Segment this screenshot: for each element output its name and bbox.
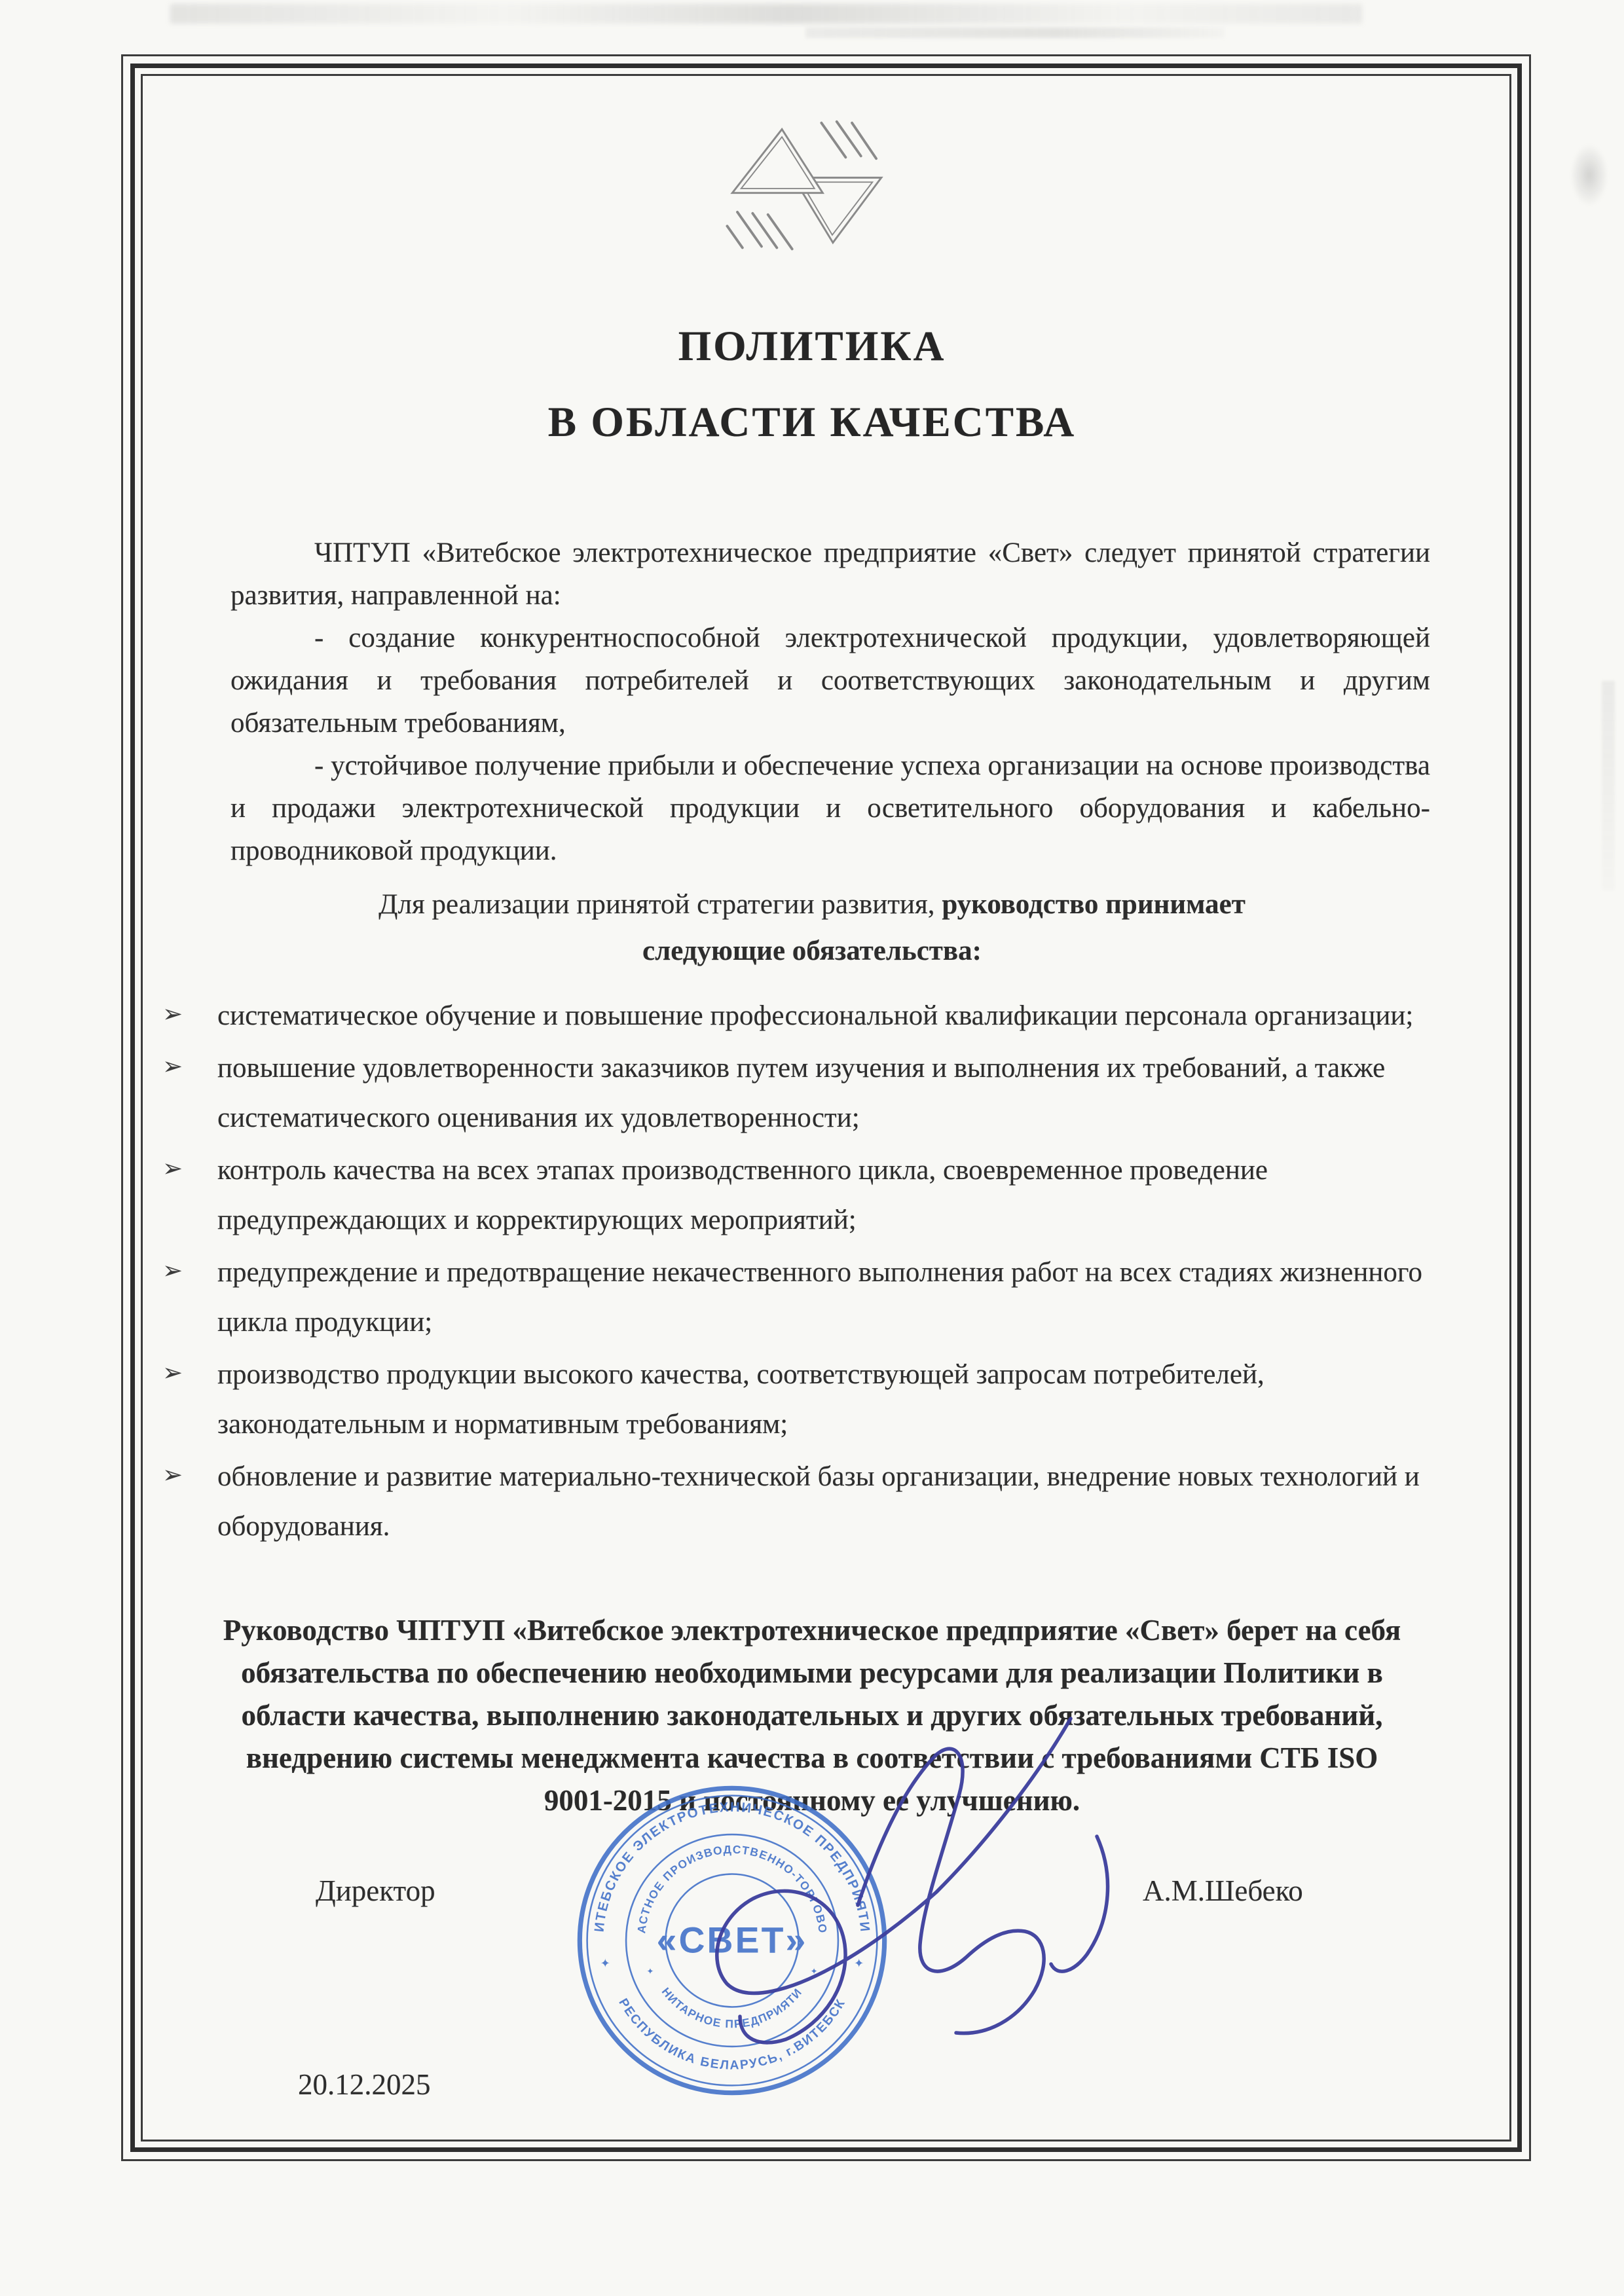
commitment-item: ➢ систематическое обучение и повышение п… (161, 991, 1438, 1041)
director-signature-ink (642, 1702, 1179, 2082)
commitment-item: ➢ производство продукции высокого качест… (161, 1350, 1438, 1449)
intro-paragraph-2: - создание конкурентноспособной электрот… (231, 617, 1430, 744)
commitment-text: предупреждение и предотвращение некачест… (217, 1257, 1422, 1338)
bullet-arrow-icon: ➢ (162, 1348, 183, 1398)
signing-date: 20.12.2025 (298, 2068, 431, 2102)
scan-artifact (1570, 144, 1608, 206)
commitment-text: обновление и развитие материально-технич… (217, 1461, 1420, 1542)
company-logo-icon (724, 117, 891, 257)
commitment-item: ➢ предупреждение и предотвращение некаче… (161, 1248, 1438, 1347)
bullet-arrow-icon: ➢ (162, 1450, 183, 1500)
commitment-item: ➢ контроль качества на всех этапах произ… (161, 1146, 1438, 1245)
intro-paragraph-3: - устойчивое получение прибыли и обеспеч… (231, 744, 1430, 872)
commitment-item: ➢ повышение удовлетворенности заказчиков… (161, 1044, 1438, 1143)
bullet-arrow-icon: ➢ (162, 1042, 183, 1091)
commitment-text: повышение удовлетворенности заказчиков п… (217, 1053, 1385, 1133)
bullet-arrow-icon: ➢ (162, 1246, 183, 1296)
lead-normal-text: Для реализации принятой стратегии развит… (378, 889, 942, 920)
scan-artifact (805, 27, 1225, 38)
bullet-arrow-icon: ➢ (162, 989, 183, 1039)
scan-artifact (1602, 681, 1615, 890)
commitment-text: контроль качества на всех этапах произво… (217, 1155, 1268, 1235)
commitments-list: ➢ систематическое обучение и повышение п… (161, 991, 1438, 1554)
scan-artifact (170, 4, 1362, 24)
commitment-text: производство продукции высокого качества… (217, 1359, 1264, 1440)
stamp-diamond-icon: ✦ (600, 1956, 610, 1970)
commitment-item: ➢ обновление и развитие материально-техн… (161, 1452, 1438, 1552)
signer-role-label: Директор (316, 1874, 435, 1908)
scanned-policy-document: ПОЛИТИКА В ОБЛАСТИ КАЧЕСТВА ЧПТУП «Витеб… (0, 0, 1624, 2296)
bullet-arrow-icon: ➢ (162, 1144, 183, 1194)
intro-paragraph-1: ЧПТУП «Витебское электротехническое пред… (231, 532, 1430, 617)
document-title-line2: В ОБЛАСТИ КАЧЕСТВА (0, 398, 1624, 447)
commitments-lead: Для реализации принятой стратегии развит… (308, 881, 1316, 974)
commitment-text: систематическое обучение и повышение про… (217, 1000, 1413, 1031)
strategy-intro: ЧПТУП «Витебское электротехническое пред… (231, 532, 1430, 872)
document-title-line1: ПОЛИТИКА (0, 322, 1624, 371)
